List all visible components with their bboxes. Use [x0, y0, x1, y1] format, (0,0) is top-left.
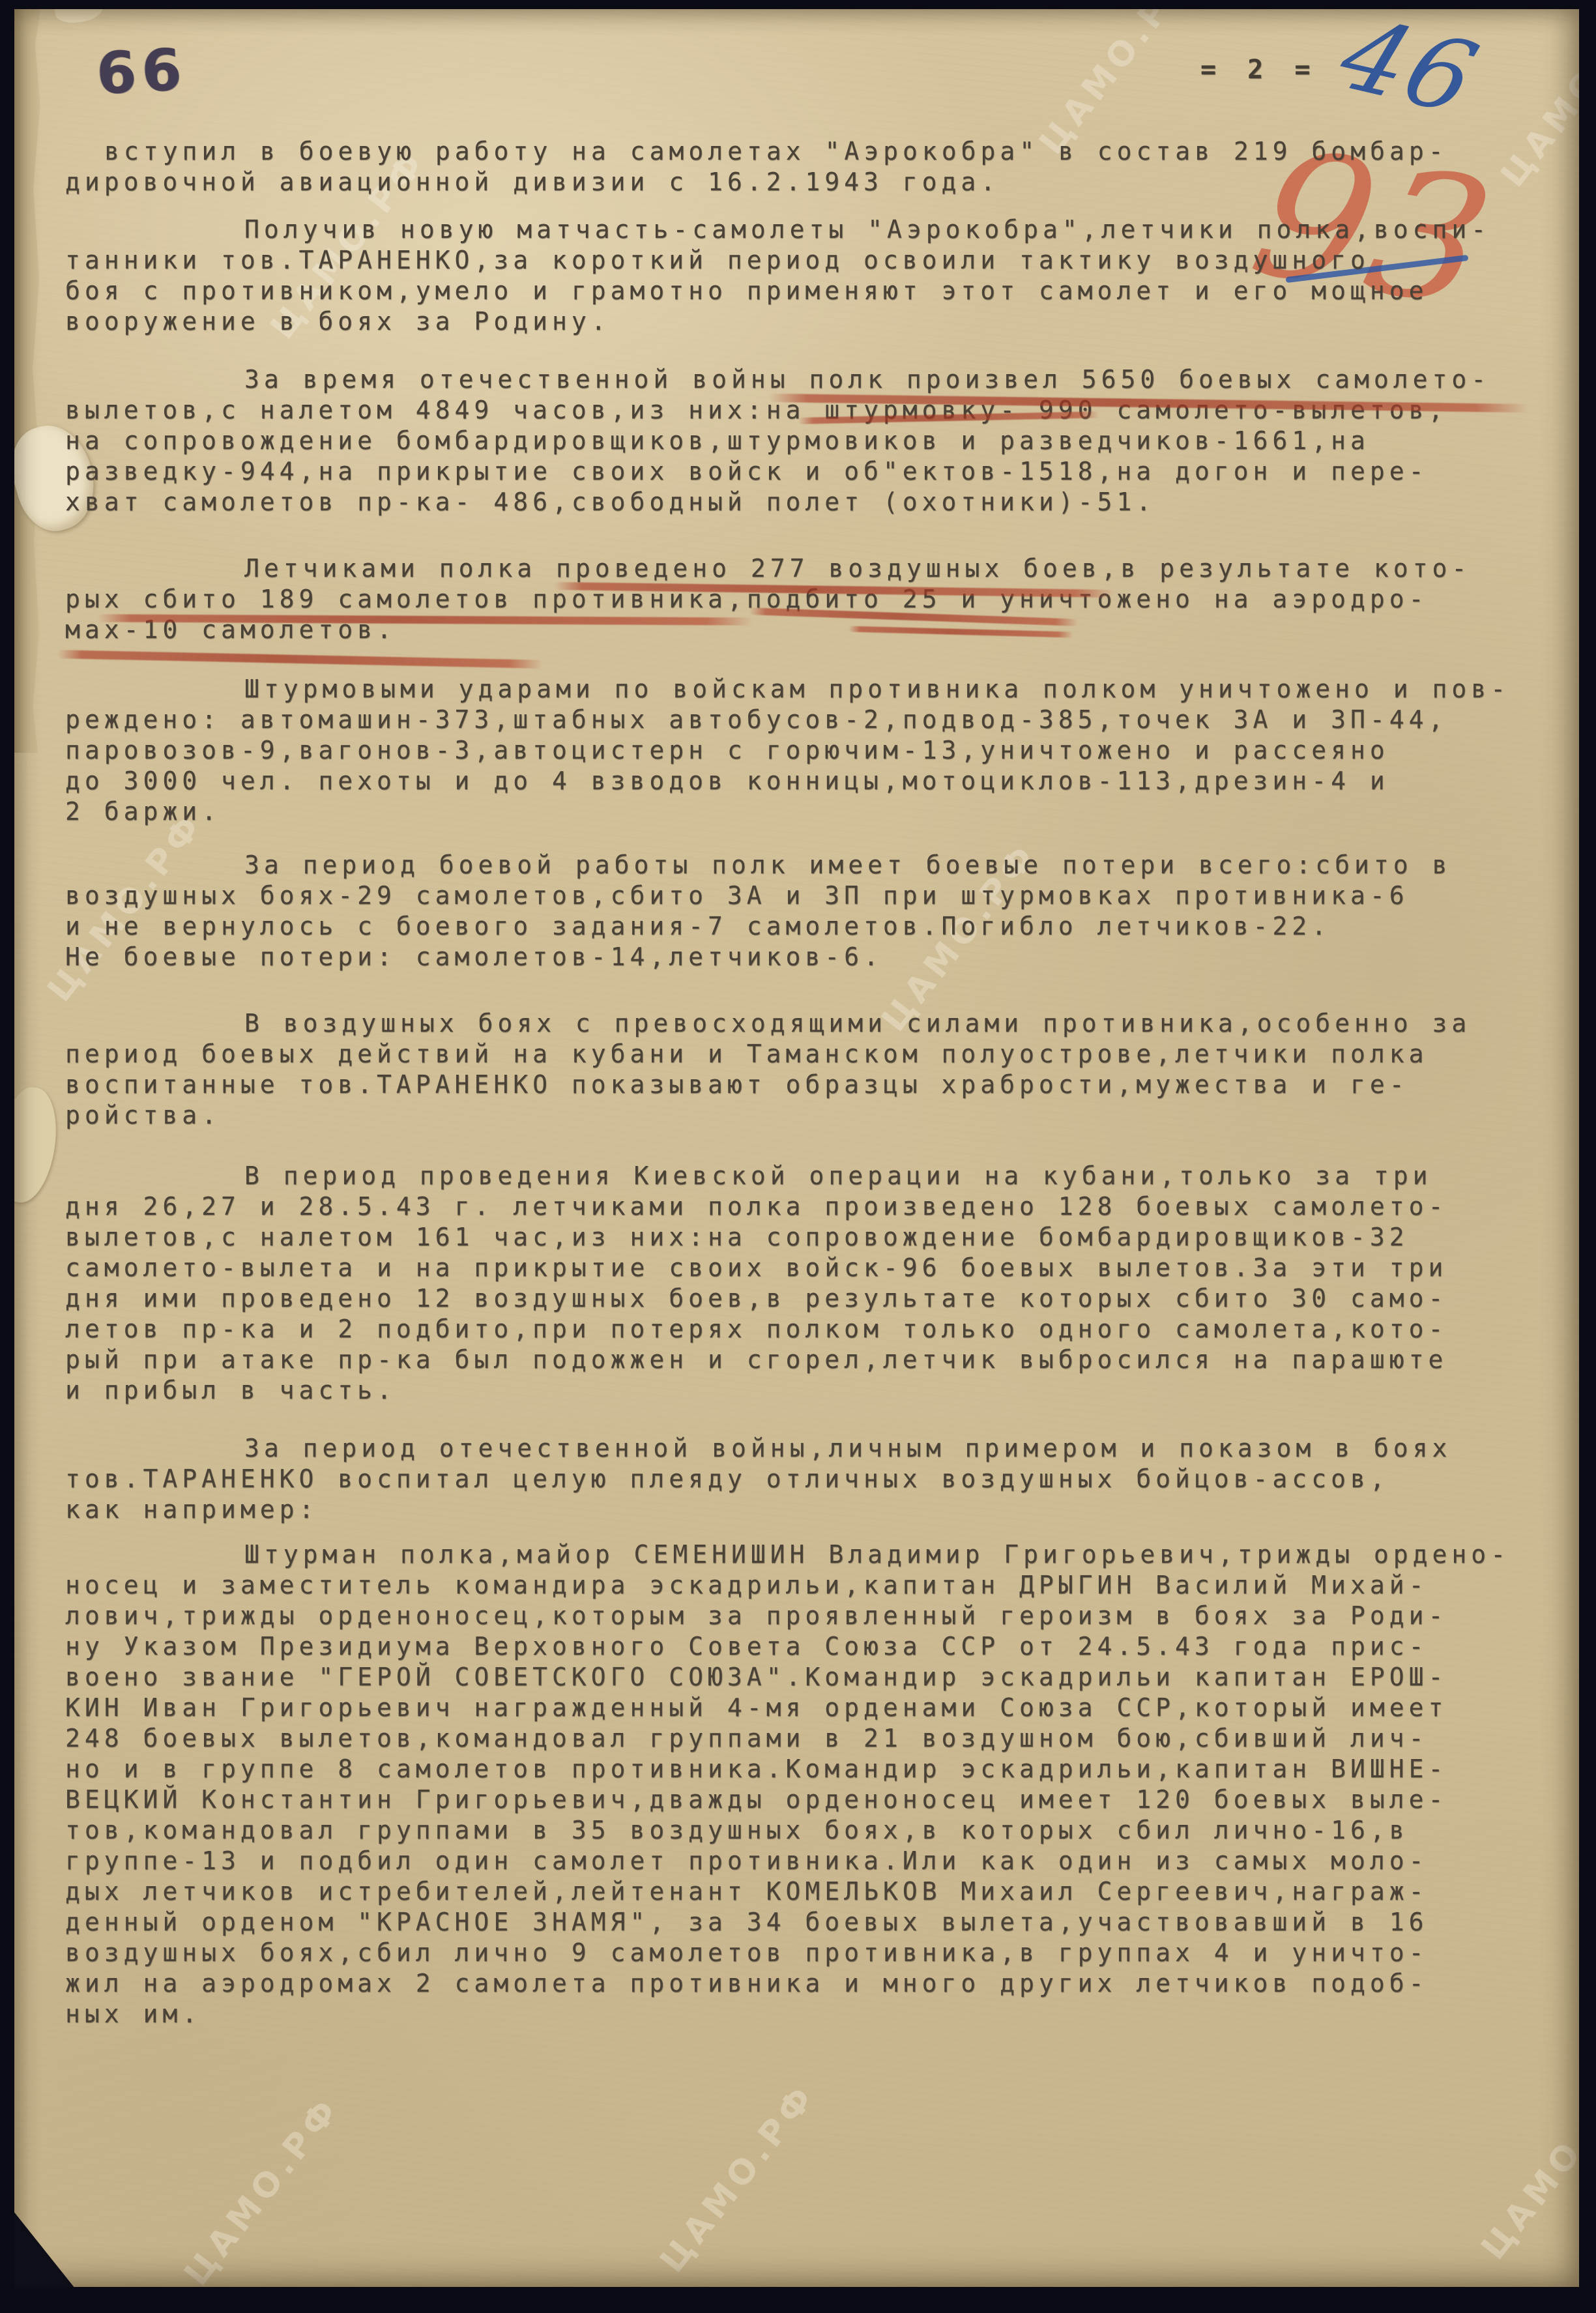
paragraph: Штурман полка,майор СЕМЕНИШИН Владимир Г…	[65, 1539, 1510, 2029]
paragraph: Получив новую матчасть-самолеты "Аэрокоб…	[65, 214, 1490, 337]
paragraph: За период отечественной войны,личным при…	[65, 1433, 1451, 1525]
paragraph: Штурмовыми ударами по войскам противника…	[65, 674, 1510, 827]
scan-edge-bottom	[0, 2287, 1596, 2313]
scanned-document-page: ЦАМО.РФЦАМО.РФЦАМО.РФЦАМО.РФЦАМО.РФЦАМО.…	[0, 0, 1596, 2313]
scan-edge-top	[0, 0, 1596, 9]
typed-page-number: = 2 =	[1200, 55, 1318, 85]
paragraph: В период проведения Киевской операции на…	[65, 1161, 1447, 1406]
scan-edge-right	[1579, 0, 1596, 2313]
paragraph: За время отечественной войны полк произв…	[65, 364, 1490, 517]
paragraph: Летчиками полка проведено 277 воздушных …	[65, 553, 1471, 645]
scan-edge-left	[0, 0, 14, 2313]
paragraph: вступил в боевую работу на самолетах "Аэ…	[65, 136, 1448, 197]
paragraph: За период боевой работы полк имеет боевы…	[65, 850, 1451, 972]
paragraph: В воздушных боях с превосходящими силами…	[65, 1008, 1471, 1131]
stamped-page-number: 66	[94, 35, 188, 107]
